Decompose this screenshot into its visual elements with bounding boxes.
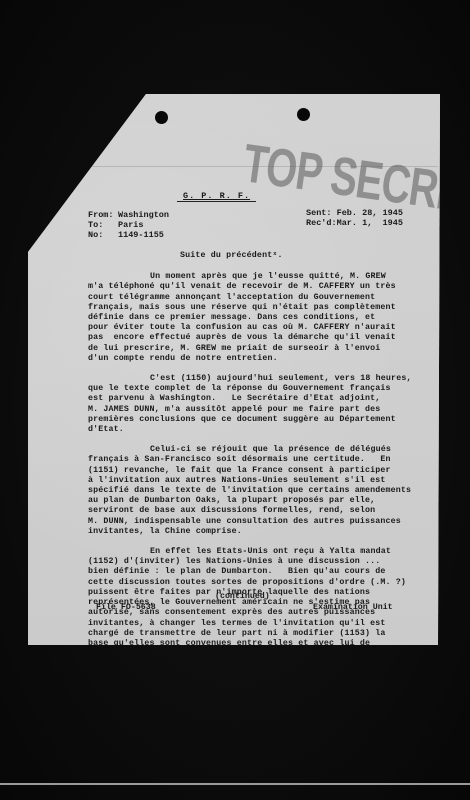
paragraph-1: Un moment après que je l'eusse quitté, M…: [88, 272, 423, 364]
text-line: invitantes, la Chine comprise.: [88, 527, 423, 537]
to-row: To: Paris: [88, 220, 169, 230]
from-row: From: Washington: [88, 210, 169, 220]
text-line: base qu'elles sont convenues entre elles…: [88, 639, 423, 649]
number-value: 1149-1155: [118, 230, 164, 240]
examination-unit: Examination Unit: [313, 603, 393, 612]
document-viewer: TOP SECRET G. P. R. F. From: Washington …: [0, 0, 470, 800]
from-value: Washington: [118, 210, 169, 220]
text-line: court télégramme annonçant l'acceptation…: [88, 293, 423, 303]
received-date: Rec'd:Mar. 1, 1945: [306, 218, 403, 228]
text-line: de lui prescrire, M. GREW me priait de s…: [88, 344, 423, 354]
punch-hole-icon: [155, 111, 168, 124]
paragraph-2: C'est (1150) aujourd'hui seulement, vers…: [88, 374, 423, 435]
text-line: premières conclusions que ce document su…: [88, 415, 423, 425]
text-line: serviront de base aux discussions formel…: [88, 506, 423, 516]
text-line: bien définie : le plan de Dumbarton. Bie…: [88, 567, 423, 577]
text-line: que le texte complet de la réponse du Go…: [88, 384, 423, 394]
to-value: Paris: [118, 220, 144, 230]
header-code: G. P. R. F.: [177, 191, 256, 202]
text-line: (1151) revanche, le fait que la France c…: [88, 466, 423, 476]
divider: [0, 783, 470, 785]
to-label: To:: [88, 220, 118, 230]
dates-block: Sent: Feb. 28, 1945 Rec'd:Mar. 1, 1945: [306, 208, 403, 228]
text-line: spécifié dans le texte de l'invitation q…: [88, 486, 423, 496]
text-line: (1152) d'(inviter) les Nations-Unies à u…: [88, 557, 423, 567]
text-line: définie dans ce premier message. Dans ce…: [88, 313, 423, 323]
text-line: d'un compte rendu de notre entretien.: [88, 354, 423, 364]
text-line: d'Etat.: [88, 425, 423, 435]
text-line: Un moment après que je l'eusse quitté, M…: [88, 272, 423, 282]
text-line: cette discussion toutes sortes de propos…: [88, 578, 423, 588]
text-line: français à San-Francisco soit désormais …: [88, 455, 423, 465]
sent-date: Sent: Feb. 28, 1945: [306, 208, 403, 218]
text-line: En effet les Etats-Unis ont reçu à Yalta…: [88, 547, 423, 557]
punch-hole-icon: [297, 108, 310, 121]
text-line: à l'invitation aux autres Nations-Unies …: [88, 476, 423, 486]
text-line: pour éviter toute la confusion au cas où…: [88, 323, 423, 333]
text-line: m'a téléphoné qu'il venait de recevoir d…: [88, 282, 423, 292]
from-label: From:: [88, 210, 118, 220]
text-line: chargé de transmettre de leur part ni à …: [88, 629, 423, 639]
continued-note: (continued): [215, 592, 270, 601]
subtitle: Suite du précédentˣ.: [88, 251, 423, 261]
text-line: est parvenu à Washington. Le Secrétaire …: [88, 394, 423, 404]
text-line: invitantes, à changer les termes de l'in…: [88, 619, 423, 629]
routing-block: From: Washington To: Paris No: 1149-1155: [88, 210, 169, 240]
text-line: pas encore effectué auprès de vous la dé…: [88, 333, 423, 343]
text-line: C'est (1150) aujourd'hui seulement, vers…: [88, 374, 423, 384]
text-line: français, mais sous une réserve qui n'ét…: [88, 303, 423, 313]
text-line: M. DUNN, indispensable une consultation …: [88, 517, 423, 527]
text-line: Celui-ci se réjouit que la présence de d…: [88, 445, 423, 455]
text-line: M. JAMES DUNN, m'a aussitôt appelé pour …: [88, 405, 423, 415]
file-number: File FO-5638: [96, 603, 156, 612]
document-page: TOP SECRET G. P. R. F. From: Washington …: [28, 94, 440, 645]
paragraph-3: Celui-ci se réjouit que la présence de d…: [88, 445, 423, 537]
number-row: No: 1149-1155: [88, 230, 169, 240]
number-label: No:: [88, 230, 118, 240]
text-line: au plan de Dumbarton Oaks, la plupart pr…: [88, 496, 423, 506]
